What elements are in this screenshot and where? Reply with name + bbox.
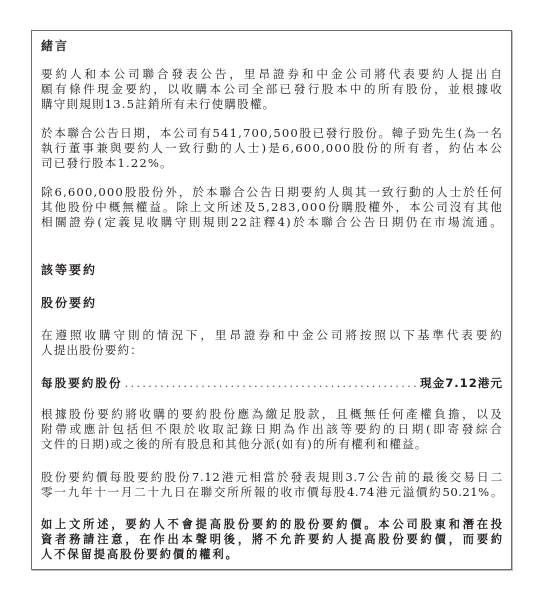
paragraph-line: 執行董事兼與要約人一致行動的人士)是6,600,000股份的所有者，約佔本公 bbox=[41, 141, 503, 156]
paragraph-line: 在遵照收購守則的情況下，里昂證券和中金公司將按照以下基準代表要約 bbox=[41, 328, 503, 343]
paragraph-line: 股份要約價每股要約股份7.12港元相當於發表規則3.7公告前的最後交易日二 bbox=[41, 470, 503, 485]
paragraph-line: 司已發行股本1.22%。 bbox=[41, 156, 503, 171]
offer-price-value: 現金7.12港元 bbox=[420, 376, 503, 391]
offer-price-row: 每股要約股份 .................................… bbox=[41, 376, 503, 391]
notice-line: 如上文所述，要約人不會提高股份要約的股份要約價。本公司股東和潛在投 bbox=[41, 517, 503, 532]
paragraph-line: 零一九年十一月二十九日在聯交所所報的收市價每股4.74港元溢價約50.21%。 bbox=[41, 485, 503, 500]
paragraph-line: 人提出股份要約： bbox=[41, 343, 503, 358]
paragraph-line: 附帶或應計包括但不限於收取記錄日期為作出該等要約的日期(即寄發綜合 bbox=[41, 422, 503, 437]
dot-leader: ........................................… bbox=[125, 376, 418, 391]
section-title: 緒言 bbox=[41, 39, 503, 54]
paragraph-line: 於本聯合公告日期，本公司有541,700,500股已發行股份。韓子勁先生(為一名 bbox=[41, 126, 503, 141]
paragraph-line: 願有條件現金要約，以收購本公司全部已發行股本中的所有股份，並根據收 bbox=[41, 82, 503, 97]
paragraph-line: 除6,600,000股股份外，於本聯合公告日期要約人與其一致行動的人士於任何 bbox=[41, 185, 503, 200]
notice-line: 人不保留提高股份要約價的權利。 bbox=[41, 547, 503, 562]
offer-price-label: 每股要約股份 bbox=[41, 376, 123, 391]
paragraph-line: 文件的日期)或之後的所有股息和其他分派(如有)的所有權利和權益。 bbox=[41, 437, 503, 452]
paragraph-line: 根據股份要約將收購的要約股份應為繳足股款，且概無任何產權負擔，以及 bbox=[41, 407, 503, 422]
paragraph-line: 相關證券(定義見收購守則規則22註釋4)於本聯合公告日期仍在市場流通。 bbox=[41, 215, 503, 230]
notice-line: 資者務請注意，在作出本聲明後，將不允許要約人提高股份要約價，而要約 bbox=[41, 532, 503, 547]
paragraph-line: 其他股份中概無權益。除上文所述及5,283,000份購股權外，本公司沒有其他 bbox=[41, 200, 503, 215]
share-offer-heading: 股份要約 bbox=[41, 296, 503, 311]
offers-heading: 該等要約 bbox=[41, 263, 503, 278]
paragraph-line: 購守則規則13.5註銷所有未行使購股權。 bbox=[41, 97, 503, 112]
paragraph-line: 要約人和本公司聯合發表公告，里昂證券和中金公司將代表要約人提出自 bbox=[41, 67, 503, 82]
